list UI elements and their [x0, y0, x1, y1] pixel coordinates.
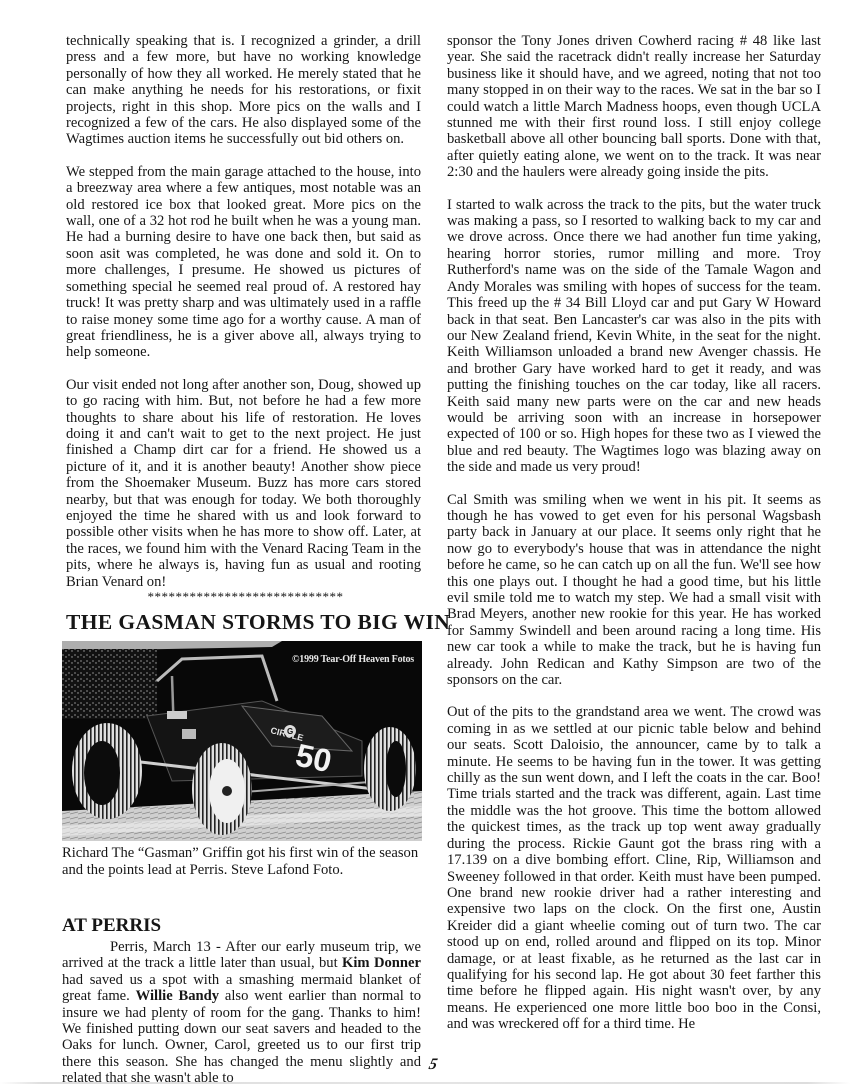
name-willie-bandy: Willie Bandy — [136, 988, 219, 1004]
paragraph-workshop: technically speaking that is. I recogniz… — [66, 33, 421, 148]
left-column: technically speaking that is. I recogniz… — [66, 33, 421, 1087]
paragraph-perris-intro: Perris, March 13 - After our early museu… — [62, 939, 421, 1087]
photo-caption: Richard The “Gasman” Griffin got his fir… — [62, 845, 421, 879]
paragraph-breezeway: We stepped from the main garage attached… — [66, 164, 421, 361]
race-car-photo: CIRCLE G 50 ©1999 Tear-Off Heaven Fotos — [62, 641, 422, 841]
sprint-car-illustration: CIRCLE G 50 — [62, 641, 422, 841]
paragraph-cal-smith: Cal Smith was smiling when we went in hi… — [447, 492, 821, 689]
paragraph-grandstand: Out of the pits to the grandstand area w… — [447, 704, 821, 1032]
article-headline: THE GASMAN STORMS TO BIG WIN — [66, 610, 421, 634]
svg-text:G: G — [287, 727, 293, 736]
svg-text:50: 50 — [293, 737, 335, 780]
photo-credit: ©1999 Tear-Off Heaven Fotos — [292, 652, 414, 668]
section-heading: AT PERRIS — [62, 915, 421, 937]
right-column: sponsor the Tony Jones driven Cowherd ra… — [447, 33, 821, 1049]
paragraph-visit-end: Our visit ended not long after another s… — [66, 377, 421, 590]
section-separator: **************************** — [66, 590, 421, 604]
paragraph-pits: I started to walk across the track to th… — [447, 197, 821, 476]
paragraph-lunch: sponsor the Tony Jones driven Cowherd ra… — [447, 33, 821, 181]
page-number: 5 — [427, 1056, 439, 1074]
name-kim-donner: Kim Donner — [342, 955, 421, 971]
footer-rule — [0, 1082, 850, 1084]
